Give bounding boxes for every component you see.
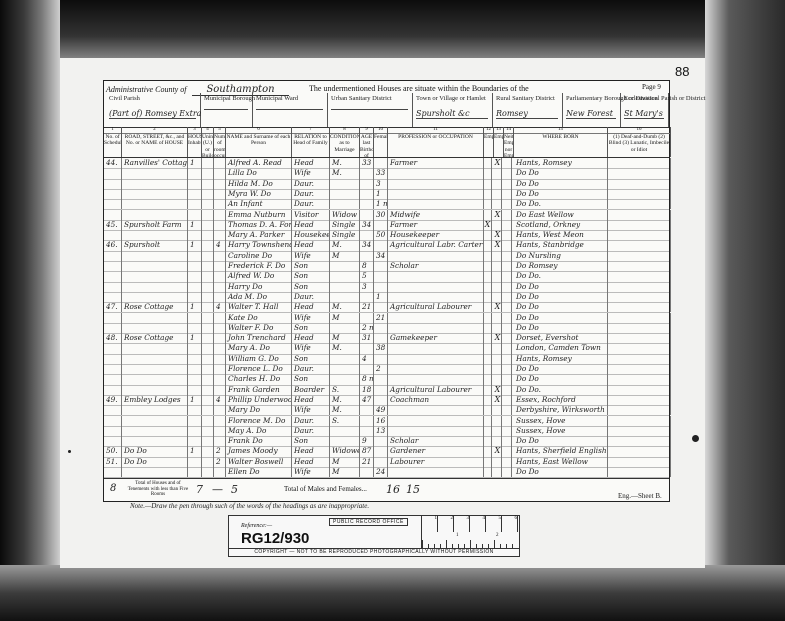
cell-uninhab <box>202 220 214 230</box>
cell-inhabited <box>188 374 202 384</box>
cell-condition: S. <box>330 416 360 426</box>
cell-house <box>122 261 188 271</box>
cell-occupation: Scholar <box>388 261 484 271</box>
cell-inhabited <box>188 179 202 189</box>
cell-inhabited: 1 <box>188 446 202 456</box>
cell-infirm <box>608 436 671 446</box>
cell-condition: Single <box>330 230 360 240</box>
cell-born: Do Do <box>514 168 608 178</box>
cell-relation: Son <box>292 436 330 446</box>
cell-occupation <box>388 179 484 189</box>
header-field-label: Rural Sanitary District <box>496 95 555 102</box>
cell-schedule <box>104 199 122 209</box>
cell-rooms <box>214 230 226 240</box>
cell-employed <box>494 168 502 178</box>
cell-name: Emma Nutburn <box>226 210 292 220</box>
cell-born: Sussex, Hove <box>514 416 608 426</box>
column-label: RELATION to Head of Family <box>293 134 328 146</box>
cell-occupation <box>388 271 484 281</box>
cell-inhabited <box>188 385 202 395</box>
cell-born: Derbyshire, Wirksworth <box>514 405 608 415</box>
cell-employer <box>484 364 492 374</box>
ruler-tick <box>422 540 423 548</box>
cell-infirm <box>608 343 671 353</box>
cell-infirm <box>608 354 671 364</box>
cell-born: Essex, Rochford <box>514 395 608 405</box>
cell-condition <box>330 189 360 199</box>
page-label: Page 9 <box>642 83 661 91</box>
cell-employer <box>484 426 492 436</box>
column-label: Neither Employer nor Employed <box>504 134 514 157</box>
cell-infirm <box>608 313 671 323</box>
cell-relation: Head <box>292 220 330 230</box>
cell-occupation <box>388 292 484 302</box>
cell-inhabited <box>188 343 202 353</box>
cell-uninhab <box>202 292 214 302</box>
cell-uninhab <box>202 240 214 250</box>
cell-name: Alfred A. Read <box>226 158 292 168</box>
cell-relation: Head <box>292 446 330 456</box>
cell-neither <box>504 426 512 436</box>
cell-employed: X <box>494 302 502 312</box>
reference-label: PUBLIC RECORD OFFICE Reference:— RG12/93… <box>228 515 520 557</box>
header-field-label: Municipal Borough <box>204 95 255 102</box>
column-header: 4Uninhabited (U.) or Building (B.) <box>202 127 214 157</box>
cell-age_f: 16 <box>374 416 388 426</box>
cell-house <box>122 385 188 395</box>
cell-inhabited <box>188 416 202 426</box>
column-header: 12Employer <box>484 127 494 157</box>
column-header: 11PROFESSION or OCCUPATION <box>388 127 484 157</box>
cell-relation: Daur. <box>292 364 330 374</box>
header-field-value: (Part of) Romsey Extra <box>109 109 196 119</box>
cell-rooms: 2 <box>214 457 226 467</box>
cell-neither <box>504 405 512 415</box>
cell-age_f: 1 <box>374 292 388 302</box>
cell-condition <box>330 261 360 271</box>
cell-age_f <box>374 323 388 333</box>
column-label: WHERE BORN <box>542 134 578 140</box>
cell-uninhab <box>202 302 214 312</box>
cell-uninhab <box>202 354 214 364</box>
cell-inhabited: 1 <box>188 158 202 168</box>
cell-neither <box>504 292 512 302</box>
cell-relation: Son <box>292 282 330 292</box>
cell-occupation: Agricultural Labourer <box>388 302 484 312</box>
cell-schedule <box>104 179 122 189</box>
cell-infirm <box>608 364 671 374</box>
cell-condition: M <box>330 457 360 467</box>
column-number: 5 <box>214 127 225 134</box>
total-inhabited: 7 <box>196 483 203 496</box>
cell-rooms <box>214 313 226 323</box>
cell-rooms <box>214 189 226 199</box>
cell-employed <box>494 282 502 292</box>
cell-name: May A. Do <box>226 426 292 436</box>
cell-neither <box>504 251 512 261</box>
cell-condition <box>330 292 360 302</box>
column-header: 13Employed <box>494 127 504 157</box>
cell-age_m <box>360 199 374 209</box>
cell-name: Harry Townshend <box>226 240 292 250</box>
ruler-cm-mark: 1 <box>422 516 438 532</box>
column-number: 1 <box>104 127 121 134</box>
cell-rooms <box>214 333 226 343</box>
ruler-cm-mark: 6 <box>502 516 518 532</box>
cell-rooms <box>214 343 226 353</box>
cell-born: Hants, Romsey <box>514 354 608 364</box>
cell-name: Walter T. Hall <box>226 302 292 312</box>
cell-age_m: 21 <box>360 457 374 467</box>
cell-employed <box>494 405 502 415</box>
cell-occupation <box>388 189 484 199</box>
cell-age_m: 9 <box>360 436 374 446</box>
column-header: 9AGE last Birthday of Males <box>360 127 374 157</box>
column-number: 11 <box>388 127 483 134</box>
column-header: 3HOUSES Inhabited <box>188 127 202 157</box>
cell-relation: Daur. <box>292 199 330 209</box>
cell-inhabited <box>188 230 202 240</box>
cell-born: Hants, Romsey <box>514 158 608 168</box>
boundaries-banner: The undermentioned Houses are situate wi… <box>309 84 529 93</box>
column-label: (1) Deaf-and-Dumb (2) Blind (3) Lunatic,… <box>609 134 669 153</box>
cell-relation: Daur. <box>292 179 330 189</box>
cell-name: Hilda M. Do <box>226 179 292 189</box>
cell-employer <box>484 313 492 323</box>
cell-relation: Daur. <box>292 189 330 199</box>
cell-schedule: 51. <box>104 457 122 467</box>
cell-name: Mary A. Parker <box>226 230 292 240</box>
cell-inhabited <box>188 282 202 292</box>
cell-relation: Wife <box>292 405 330 415</box>
cell-occupation <box>388 354 484 364</box>
cell-house <box>122 364 188 374</box>
cell-house <box>122 323 188 333</box>
cell-neither <box>504 467 512 477</box>
cell-born: Do Do <box>514 323 608 333</box>
cell-name: Frank Garden <box>226 385 292 395</box>
cell-infirm <box>608 333 671 343</box>
cell-age_m <box>360 179 374 189</box>
cell-uninhab <box>202 282 214 292</box>
cell-name: Caroline Do <box>226 251 292 261</box>
cell-name: Harry Do <box>226 282 292 292</box>
cell-infirm <box>608 179 671 189</box>
cell-neither <box>504 343 512 353</box>
cell-rooms <box>214 467 226 477</box>
cell-occupation: Farmer <box>388 220 484 230</box>
column-label: Number of rooms occupied if less than fi… <box>214 134 226 157</box>
cell-relation: Housekeeper <box>292 230 330 240</box>
cell-relation: Daur. <box>292 292 330 302</box>
column-header: 7RELATION to Head of Family <box>292 127 330 157</box>
cell-inhabited <box>188 210 202 220</box>
column-number: 12 <box>484 127 493 134</box>
cell-inhabited <box>188 436 202 446</box>
cell-uninhab <box>202 199 214 209</box>
cell-house: Spursholt Farm <box>122 220 188 230</box>
cell-name: Mary A. Do <box>226 343 292 353</box>
cell-schedule <box>104 189 122 199</box>
cell-age_f <box>374 271 388 281</box>
cell-employed <box>494 261 502 271</box>
cell-name: Ellen Do <box>226 467 292 477</box>
header-field: Ecclesiastical Parish or District St Mar… <box>621 93 669 127</box>
cell-house <box>122 179 188 189</box>
cell-occupation: Scholar <box>388 436 484 446</box>
header-field-value: St Mary's <box>624 109 664 119</box>
cell-employer <box>484 302 492 312</box>
cell-relation: Daur. <box>292 426 330 436</box>
cell-condition: Widower <box>330 446 360 456</box>
cell-employed <box>494 323 502 333</box>
cell-age_m <box>360 210 374 220</box>
reference-caption: Reference:— <box>241 523 272 529</box>
scan-border-right <box>705 0 785 621</box>
cell-born: Do Do <box>514 313 608 323</box>
cell-relation: Boarder <box>292 385 330 395</box>
cell-schedule <box>104 374 122 384</box>
ruler-cm-mark: 3 <box>454 516 470 532</box>
cell-house: Embley Lodges <box>122 395 188 405</box>
cell-inhabited: 1 <box>188 220 202 230</box>
cell-employed: X <box>494 385 502 395</box>
cell-employer <box>484 374 492 384</box>
cell-uninhab <box>202 364 214 374</box>
cell-age_m <box>360 189 374 199</box>
cell-schedule <box>104 210 122 220</box>
sheet-label: Eng.—Sheet B. <box>618 492 662 500</box>
cell-house: Spursholt <box>122 240 188 250</box>
cell-employer <box>484 457 492 467</box>
column-label: Employer <box>484 134 494 140</box>
cell-employer <box>484 354 492 364</box>
cell-born: Do Romsey <box>514 261 608 271</box>
cell-age_m <box>360 313 374 323</box>
cell-age_f <box>374 261 388 271</box>
instruction-note: Note.—Draw the pen through such of the w… <box>130 502 369 510</box>
cell-inhabited <box>188 364 202 374</box>
cell-inhabited <box>188 313 202 323</box>
cell-age_m: 34 <box>360 220 374 230</box>
cell-employed <box>494 251 502 261</box>
cell-uninhab <box>202 467 214 477</box>
cell-employer <box>484 416 492 426</box>
cell-infirm <box>608 302 671 312</box>
cell-inhabited <box>188 457 202 467</box>
cell-relation: Visitor <box>292 210 330 220</box>
cell-schedule <box>104 385 122 395</box>
cell-born: Do Do <box>514 282 608 292</box>
cell-rooms <box>214 426 226 436</box>
cell-neither <box>504 446 512 456</box>
cell-age_f: 1 mo <box>374 199 388 209</box>
cell-employer <box>484 323 492 333</box>
cell-uninhab <box>202 271 214 281</box>
cell-uninhab <box>202 158 214 168</box>
cell-employed <box>494 292 502 302</box>
ruler-inch-mark: 2 <box>496 533 499 538</box>
cell-relation: Daur. <box>292 416 330 426</box>
cell-age_f: 13 <box>374 426 388 436</box>
cell-infirm <box>608 457 671 467</box>
cell-rooms <box>214 220 226 230</box>
cell-age_m: 8 mths <box>360 374 374 384</box>
cell-relation: Wife <box>292 467 330 477</box>
cell-inhabited: 1 <box>188 395 202 405</box>
cell-house <box>122 210 188 220</box>
cell-rooms <box>214 354 226 364</box>
column-label: Uninhabited (U.) or Building (B.) <box>202 134 214 157</box>
cell-schedule: 47. <box>104 302 122 312</box>
cell-schedule <box>104 292 122 302</box>
cell-neither <box>504 364 512 374</box>
cell-employer <box>484 240 492 250</box>
cell-name: Thomas D. A. Fortescue <box>226 220 292 230</box>
cell-condition: M <box>330 251 360 261</box>
cell-rooms: 4 <box>214 395 226 405</box>
cell-rooms <box>214 416 226 426</box>
cell-house <box>122 230 188 240</box>
cell-age_f: 21 <box>374 313 388 323</box>
cell-uninhab <box>202 436 214 446</box>
copyright-notice: COPYRIGHT — NOT TO BE REPRODUCED PHOTOGR… <box>229 548 519 556</box>
column-number: 15 <box>514 127 607 134</box>
cell-occupation <box>388 282 484 292</box>
cell-name: James Moody <box>226 446 292 456</box>
cell-infirm <box>608 416 671 426</box>
cell-name: Myra W. Do <box>226 189 292 199</box>
column-header: 14Neither Employer nor Employed <box>504 127 514 157</box>
cell-condition <box>330 426 360 436</box>
cell-house <box>122 405 188 415</box>
cell-infirm <box>608 230 671 240</box>
cell-employer <box>484 467 492 477</box>
cell-house <box>122 199 188 209</box>
cell-infirm <box>608 240 671 250</box>
punch-hole-icon <box>692 435 699 442</box>
cell-name: John Trenchard <box>226 333 292 343</box>
cell-employed: X <box>494 395 502 405</box>
column-number: 9 <box>360 127 373 134</box>
cell-occupation <box>388 343 484 353</box>
cell-house <box>122 189 188 199</box>
cell-infirm <box>608 271 671 281</box>
cell-born: Sussex, Hove <box>514 426 608 436</box>
ruler-cm-mark: 5 <box>486 516 502 532</box>
cell-inhabited <box>188 292 202 302</box>
cell-employer <box>484 343 492 353</box>
cell-employed <box>494 343 502 353</box>
cell-name: Ada M. Do <box>226 292 292 302</box>
cell-employed <box>494 313 502 323</box>
cell-employer <box>484 271 492 281</box>
cell-age_m: 2 mo <box>360 323 374 333</box>
cell-neither <box>504 210 512 220</box>
column-number: 13 <box>494 127 503 134</box>
cell-infirm <box>608 199 671 209</box>
scan-border-top <box>0 0 785 60</box>
cell-rooms <box>214 282 226 292</box>
cell-condition <box>330 282 360 292</box>
cell-age_m: 87 <box>360 446 374 456</box>
cell-occupation <box>388 199 484 209</box>
cell-occupation: Gardener <box>388 446 484 456</box>
cell-born: Do Do <box>514 364 608 374</box>
cell-age_f <box>374 240 388 250</box>
cell-uninhab <box>202 426 214 436</box>
cell-infirm <box>608 282 671 292</box>
ruler-inch-mark: 1 <box>456 533 459 538</box>
cell-rooms: 2 <box>214 446 226 456</box>
cell-rooms <box>214 168 226 178</box>
cell-uninhab <box>202 333 214 343</box>
cell-age_f: 50 <box>374 230 388 240</box>
cell-schedule: 49. <box>104 395 122 405</box>
cell-uninhab <box>202 210 214 220</box>
cell-born: Hants, East Wellow <box>514 457 608 467</box>
cell-employed: X <box>494 230 502 240</box>
cell-age_f: 34 <box>374 251 388 261</box>
column-label: NAME and Surname of each Person <box>227 134 291 146</box>
cell-name: Walter Boswell <box>226 457 292 467</box>
total-schedules: 8 <box>110 483 116 494</box>
header-field-label: Municipal Ward <box>256 95 298 102</box>
cell-neither <box>504 189 512 199</box>
cell-infirm <box>608 467 671 477</box>
cell-condition: M. <box>330 343 360 353</box>
total-males: 16 <box>386 483 400 496</box>
cell-uninhab <box>202 395 214 405</box>
cell-occupation <box>388 416 484 426</box>
cell-condition: M. <box>330 240 360 250</box>
ruler-cm-mark: 4 <box>470 516 486 532</box>
cell-name: William G. Do <box>226 354 292 364</box>
cell-house <box>122 271 188 281</box>
schedule-header: Administrative County of Southampton The… <box>104 81 669 128</box>
total-houses-label: Total of Houses and of Tenements with le… <box>126 481 190 498</box>
cell-schedule: 44. <box>104 158 122 168</box>
total-persons-label: Total of Males and Females... <box>284 485 367 493</box>
cell-age_m <box>360 405 374 415</box>
cell-occupation <box>388 405 484 415</box>
cell-born: Hants, Sherfield English <box>514 446 608 456</box>
cell-employed: X <box>494 158 502 168</box>
cell-rooms: 4 <box>214 302 226 312</box>
cell-employed <box>494 457 502 467</box>
cell-employer <box>484 436 492 446</box>
cell-employed <box>494 220 502 230</box>
cell-age_m: 34 <box>360 240 374 250</box>
cell-rooms <box>214 374 226 384</box>
cell-age_m: 3 <box>360 282 374 292</box>
cell-inhabited: 1 <box>188 333 202 343</box>
cell-condition: M <box>330 313 360 323</box>
cell-neither <box>504 271 512 281</box>
header-field-value <box>256 109 323 110</box>
column-number: 8 <box>330 127 359 134</box>
cell-infirm <box>608 158 671 168</box>
cell-born: Do Do <box>514 189 608 199</box>
cell-relation: Head <box>292 240 330 250</box>
column-header: 10Females <box>374 127 388 157</box>
cell-employer <box>484 385 492 395</box>
header-field: Urban Sanitary District <box>328 93 413 127</box>
cell-occupation: Agricultural Labourer <box>388 385 484 395</box>
column-number: 10 <box>374 127 387 134</box>
column-header: 1No. of Schedule <box>104 127 122 157</box>
cell-neither <box>504 436 512 446</box>
